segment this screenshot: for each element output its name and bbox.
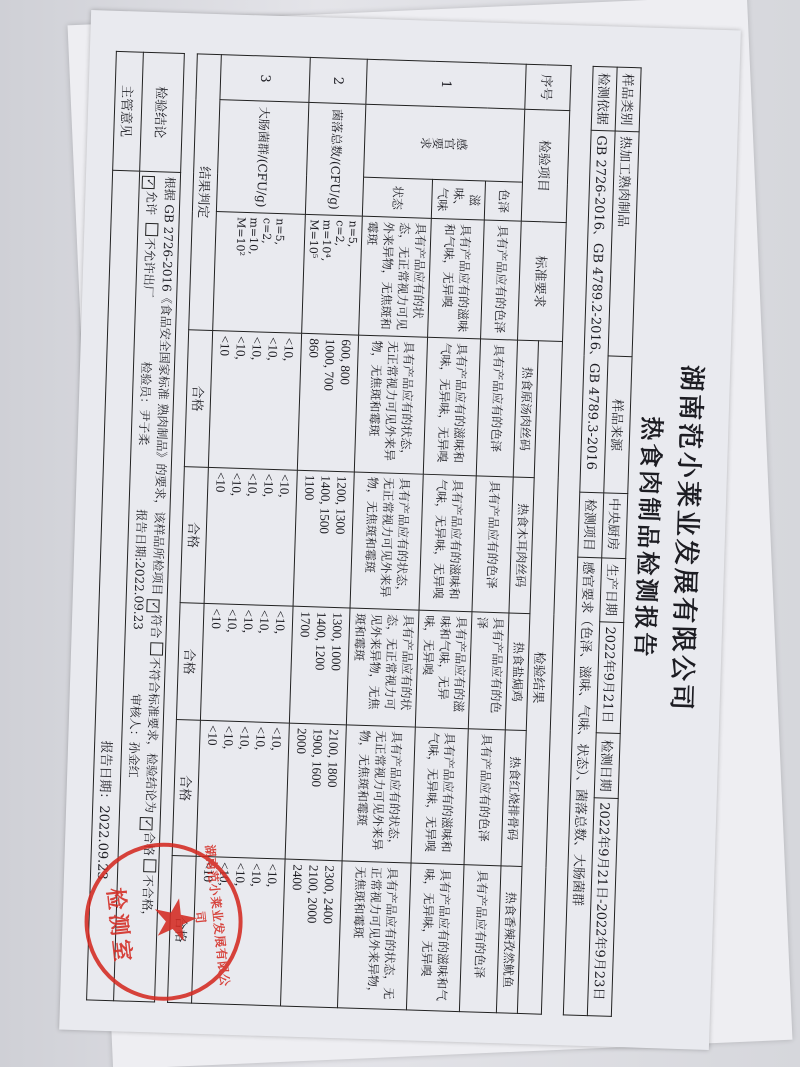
- result-value: <10,: [237, 609, 256, 717]
- pass-checkbox[interactable]: ✓: [146, 599, 159, 612]
- result-value: <10,: [269, 610, 288, 718]
- item-name: 状态: [362, 177, 432, 218]
- item-name: 滋味、气味: [431, 179, 485, 220]
- sample-source-label: 样品来源: [604, 356, 632, 494]
- result-cell: 具有产品应有的状态，无正常视力可见外来异物，无焦斑和霉斑: [354, 335, 427, 474]
- result-cell: 600, 8001000, 700860: [297, 334, 358, 472]
- result-cell: 1200, 13001400, 15001100: [293, 470, 354, 608]
- judgement-cell: 合格: [180, 466, 208, 603]
- standard: 具有产品应有的滋味和气味，无异嗅: [428, 219, 485, 340]
- production-date-label: 生产日期: [600, 557, 626, 622]
- result-value: <10,: [253, 610, 272, 718]
- judgement-cell: 合格: [172, 720, 200, 857]
- conclusion-report-date: 报告日期:2022.09.23: [131, 509, 149, 630]
- item-name: 菌落总数/(CFU/g): [305, 102, 365, 216]
- result-cell: 具有产品应有的色泽: [476, 339, 517, 477]
- report-sheet: 湖南范小莱业发展有限公司 热食肉制品检测报告 样品类别 热加工熟肉制品 样品来源…: [59, 10, 741, 1050]
- col-item: 检验项目: [521, 109, 570, 223]
- sample-source: 中央厨房: [602, 493, 628, 558]
- standard: 具有产品应有的状态，无正常视力可见外来异物，无焦斑和霉斑: [359, 216, 432, 337]
- reviewer: 审核人：孙金红: [126, 693, 143, 777]
- result-cell: <10,<10,<10,<10,<10: [204, 467, 297, 606]
- result-cell: 具有产品应有的色泽: [468, 612, 509, 730]
- inspector: 检验员：尹子柔: [137, 361, 154, 445]
- result-value: 1300, 1000: [326, 612, 345, 720]
- sample-name: 热食木耳肉丝码: [509, 477, 534, 614]
- result-cell: 2300, 24002100, 20002400: [280, 860, 342, 1008]
- qualified-checkbox[interactable]: ✓: [139, 816, 152, 829]
- result-cell: 具有产品应有的滋味和气味，无异味，无异嗅: [419, 474, 476, 612]
- result-cell: 具有产品应有的状态，无正常视力可见外来异物，无焦斑和霉斑: [346, 608, 419, 727]
- sample-name: 热食红烧排骨码: [501, 730, 526, 867]
- release-denied-checkbox[interactable]: [145, 223, 158, 236]
- conclusion-section: 检验结论 根据 GB 2726-2016《食品安全国家标准 熟肉制品》的要求，该…: [86, 51, 185, 1003]
- result-cell: <10,<10,<10,<10,<10: [192, 857, 286, 1006]
- basis-label: 检测依据: [591, 66, 617, 131]
- row-no: 1: [366, 59, 526, 109]
- conclusion-label: 检验结论: [140, 52, 185, 172]
- item-name: 大肠菌群/(CFU/g): [216, 100, 308, 215]
- sample-category-label: 样品类别: [615, 67, 641, 132]
- result-cell: 具有产品应有的滋味和气味，无异味，无异嗅: [415, 610, 472, 728]
- result-cell: 具有产品应有的状态，无正常视力可见外来异物，无焦斑和霉斑: [342, 725, 415, 864]
- result-cell: 具有产品应有的色泽: [464, 729, 505, 867]
- release-allowed-checkbox[interactable]: ✓: [142, 176, 155, 189]
- standard: 具有产品应有的色泽: [481, 220, 522, 340]
- result-value: <10: [205, 608, 224, 716]
- result-cell: 具有产品应有的状态，无正常视力可见外来异物，无焦斑和霉斑: [350, 472, 423, 611]
- result-value: <10,: [221, 609, 240, 717]
- criteria: n=5,c=2,m=10⁴,M=10⁵: [302, 215, 363, 336]
- judgement-cell: 合格: [168, 856, 197, 1003]
- result-value: 1700: [294, 611, 313, 719]
- result-cell: 具有产品应有的色泽: [459, 865, 501, 1013]
- row-no: 2: [309, 57, 367, 104]
- result-value: 1400, 1200: [310, 612, 329, 720]
- item-name: 色泽: [484, 181, 522, 221]
- judgement-cell: 合格: [184, 330, 212, 467]
- result-cell: 具有产品应有的滋味和气味，无异味，无异嗅: [411, 727, 468, 865]
- judgement-cell: 合格: [176, 603, 204, 720]
- result-cell: 1300, 10001400, 12001700: [289, 606, 350, 724]
- result-cell: 具有产品应有的状态，无正常视力可见外来异物，无焦斑和霉斑: [337, 861, 411, 1010]
- col-standard: 标准要求: [518, 221, 567, 341]
- unqualified-checkbox[interactable]: [143, 859, 156, 872]
- row-no: 3: [220, 55, 310, 103]
- result-cell: <10,<10,<10,<10,<10: [196, 720, 289, 859]
- sample-name: 热食盐焗鸡: [505, 613, 530, 730]
- results-table: 序号 检验项目 标准要求 检验结果 热食原汤肉丝码热食木耳肉丝码热食盐焗鸡热食红…: [167, 53, 572, 1014]
- production-date: 2022年9月21日: [596, 622, 623, 734]
- items-label: 检测项目: [578, 492, 604, 557]
- group-label: 感官要求: [364, 104, 525, 182]
- result-cell: 具有产品应有的滋味和气味，无异味，无异嗅: [406, 863, 464, 1011]
- sample-name: 热食原汤肉丝码: [513, 340, 538, 477]
- result-cell: 具有产品应有的色泽: [472, 476, 513, 614]
- result-cell: 具有产品应有的滋味和气味，无异味，无异嗅: [423, 337, 480, 475]
- manager-label: 主管意见: [113, 51, 144, 171]
- col-no: 序号: [525, 64, 571, 110]
- test-date-label: 检测日期: [594, 733, 620, 798]
- fail-checkbox[interactable]: [150, 642, 163, 655]
- result-cell: <10,<10,<10,<10,<10: [200, 604, 293, 723]
- result-cell: <10,<10,<10,<10,<10: [208, 331, 301, 470]
- criteria: n=5,c=2,m=10,M=10²: [213, 212, 306, 334]
- result-cell: 2100, 18001900, 16002000: [285, 723, 346, 861]
